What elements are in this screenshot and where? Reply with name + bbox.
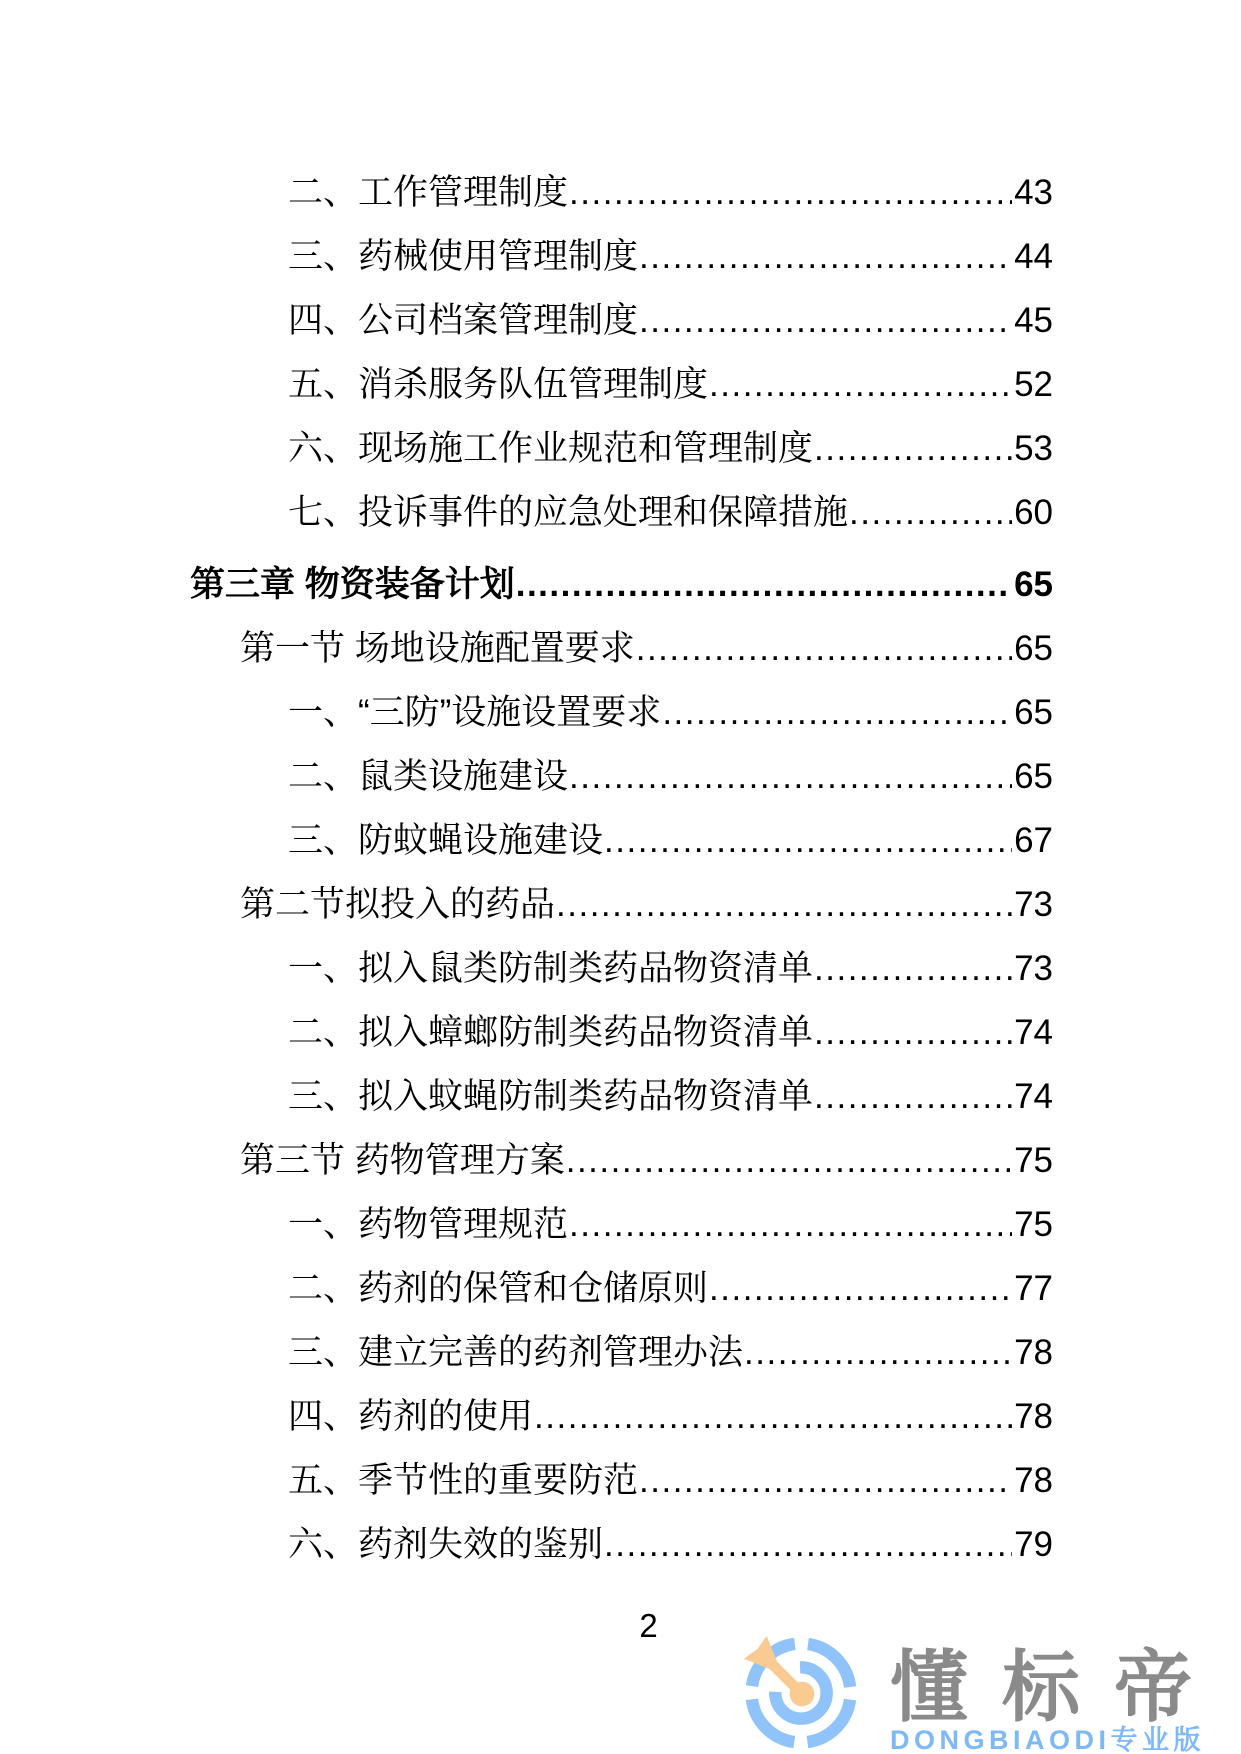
toc-entry: 第二节拟投入的药品 73 xyxy=(190,873,1053,937)
watermark-romanized: DONGBIAODI xyxy=(890,1725,1111,1754)
toc-entry-dot-leader xyxy=(604,1513,1012,1577)
toc-entry-page-number: 65 xyxy=(1014,553,1053,617)
toc-entry-label: 三、建立完善的药剂管理办法 xyxy=(288,1321,743,1385)
toc-entry-label: 第一节 场地设施配置要求 xyxy=(240,617,635,681)
toc-entry-page-number: 74 xyxy=(1014,1001,1053,1065)
toc-entry-page-number: 53 xyxy=(1014,417,1053,481)
toc-entry-page-number: 78 xyxy=(1014,1385,1053,1449)
toc-entry-label: 五、消杀服务队伍管理制度 xyxy=(288,353,708,417)
toc-entry-dot-leader xyxy=(662,681,1012,745)
toc-entry-label: 五、季节性的重要防范 xyxy=(288,1449,638,1513)
toc-entry-page-number: 43 xyxy=(1014,161,1053,225)
toc-entry-page-number: 65 xyxy=(1014,745,1053,809)
watermark-subline: DONGBIAODI专业版 xyxy=(890,1727,1226,1754)
toc-entry-page-number: 73 xyxy=(1014,873,1053,937)
toc-entry-page-number: 65 xyxy=(1014,617,1053,681)
toc-entry-label: 第三章 物资装备计划 xyxy=(190,553,515,617)
toc-entry: 三、药械使用管理制度 44 xyxy=(190,225,1053,289)
toc-entry: 第三节 药物管理方案 75 xyxy=(190,1129,1053,1193)
toc-entry-label: 六、现场施工作业规范和管理制度 xyxy=(288,417,813,481)
toc-entry-dot-leader xyxy=(566,1129,1012,1193)
toc-entry-page-number: 73 xyxy=(1014,937,1053,1001)
toc-entry-label: 三、防蚊蝇设施建设 xyxy=(288,809,603,873)
toc-entry: 二、鼠类设施建设 65 xyxy=(190,745,1053,809)
toc-entry-dot-leader xyxy=(516,553,1012,617)
toc-entry-label: 七、投诉事件的应急处理和保障措施 xyxy=(288,481,848,545)
toc-entry-label: 四、药剂的使用 xyxy=(288,1385,533,1449)
toc-entry-label: 一、药物管理规范 xyxy=(288,1193,568,1257)
toc-entry-page-number: 75 xyxy=(1014,1193,1053,1257)
toc-entry-label: 六、药剂失效的鉴别 xyxy=(288,1513,603,1577)
toc-entry-label: 二、药剂的保管和仓储原则 xyxy=(288,1257,708,1321)
toc-entry-label: 一、“三防”设施设置要求 xyxy=(288,681,661,745)
watermark-edition: 专业版 xyxy=(1111,1725,1206,1754)
toc-entry-page-number: 67 xyxy=(1014,809,1053,873)
toc-entry: 一、拟入鼠类防制类药品物资清单 73 xyxy=(190,937,1053,1001)
toc-entry-label: 第二节拟投入的药品 xyxy=(240,873,555,937)
toc-entry-dot-leader xyxy=(814,1001,1012,1065)
toc-entry: 六、药剂失效的鉴别 79 xyxy=(190,1513,1053,1577)
toc-entry-label: 三、药械使用管理制度 xyxy=(288,225,638,289)
toc-entry-dot-leader xyxy=(639,225,1012,289)
page-number: 2 xyxy=(639,1607,657,1644)
toc-entry-label: 二、工作管理制度 xyxy=(288,161,568,225)
bullseye-center xyxy=(790,1682,815,1707)
toc-entry-page-number: 75 xyxy=(1014,1129,1053,1193)
watermark: 懂标帝 DONGBIAODI专业版 xyxy=(742,1630,1226,1754)
toc-entry-dot-leader xyxy=(636,617,1012,681)
toc-entry-dot-leader xyxy=(814,937,1012,1001)
toc-entry: 三、拟入蚊蝇防制类药品物资清单 74 xyxy=(190,1065,1053,1129)
toc-entry: 四、药剂的使用 78 xyxy=(190,1385,1053,1449)
toc-entry-dot-leader xyxy=(569,745,1012,809)
toc-entry-dot-leader xyxy=(709,1257,1012,1321)
toc-entry-dot-leader xyxy=(556,873,1012,937)
watermark-text: 懂标帝 DONGBIAODI专业版 xyxy=(890,1630,1226,1754)
toc-entry-label: 二、鼠类设施建设 xyxy=(288,745,568,809)
toc-entry-page-number: 77 xyxy=(1014,1257,1053,1321)
toc-entry-dot-leader xyxy=(569,1193,1012,1257)
toc-entry-page-number: 65 xyxy=(1014,681,1053,745)
toc-entry: 三、建立完善的药剂管理办法 78 xyxy=(190,1321,1053,1385)
toc-entry-page-number: 78 xyxy=(1014,1449,1053,1513)
toc-entry: 第一节 场地设施配置要求 65 xyxy=(190,617,1053,681)
document-page: 二、工作管理制度 43 三、药械使用管理制度 44 四、公司档案管理制度 45 … xyxy=(0,0,1241,1754)
table-of-contents: 二、工作管理制度 43 三、药械使用管理制度 44 四、公司档案管理制度 45 … xyxy=(190,161,1053,1577)
toc-entry-label: 二、拟入蟑螂防制类药品物资清单 xyxy=(288,1001,813,1065)
toc-entry-page-number: 52 xyxy=(1014,353,1053,417)
target-dart-icon xyxy=(742,1634,860,1752)
toc-entry-page-number: 79 xyxy=(1014,1513,1053,1577)
toc-entry: 三、防蚊蝇设施建设 67 xyxy=(190,809,1053,873)
toc-entry-dot-leader xyxy=(814,1065,1012,1129)
toc-entry-page-number: 74 xyxy=(1014,1065,1053,1129)
watermark-brand: 懂标帝 xyxy=(890,1648,1226,1726)
toc-entry: 二、拟入蟑螂防制类药品物资清单 74 xyxy=(190,1001,1053,1065)
toc-entry-page-number: 44 xyxy=(1014,225,1053,289)
toc-entry: 第三章 物资装备计划 65 xyxy=(190,553,1053,617)
toc-entry-dot-leader xyxy=(709,353,1012,417)
toc-entry: 五、季节性的重要防范 78 xyxy=(190,1449,1053,1513)
toc-entry-dot-leader xyxy=(639,1449,1012,1513)
toc-entry-dot-leader xyxy=(814,417,1012,481)
toc-entry-dot-leader xyxy=(849,481,1012,545)
toc-entry: 五、消杀服务队伍管理制度 52 xyxy=(190,353,1053,417)
toc-entry-label: 第三节 药物管理方案 xyxy=(240,1129,565,1193)
toc-entry-label: 三、拟入蚊蝇防制类药品物资清单 xyxy=(288,1065,813,1129)
toc-entry-page-number: 60 xyxy=(1014,481,1053,545)
toc-entry-dot-leader xyxy=(604,809,1012,873)
toc-entry-dot-leader xyxy=(569,161,1012,225)
toc-entry: 四、公司档案管理制度 45 xyxy=(190,289,1053,353)
toc-entry-dot-leader xyxy=(744,1321,1012,1385)
toc-entry-dot-leader xyxy=(534,1385,1012,1449)
toc-entry-page-number: 45 xyxy=(1014,289,1053,353)
toc-entry: 二、工作管理制度 43 xyxy=(190,161,1053,225)
toc-entry-dot-leader xyxy=(639,289,1012,353)
toc-entry-label: 一、拟入鼠类防制类药品物资清单 xyxy=(288,937,813,1001)
toc-entry: 一、药物管理规范 75 xyxy=(190,1193,1053,1257)
toc-entry-page-number: 78 xyxy=(1014,1321,1053,1385)
toc-entry: 六、现场施工作业规范和管理制度 53 xyxy=(190,417,1053,481)
toc-entry: 一、“三防”设施设置要求 65 xyxy=(190,681,1053,745)
toc-entry-label: 四、公司档案管理制度 xyxy=(288,289,638,353)
toc-entry: 二、药剂的保管和仓储原则 77 xyxy=(190,1257,1053,1321)
toc-entry: 七、投诉事件的应急处理和保障措施 60 xyxy=(190,481,1053,545)
